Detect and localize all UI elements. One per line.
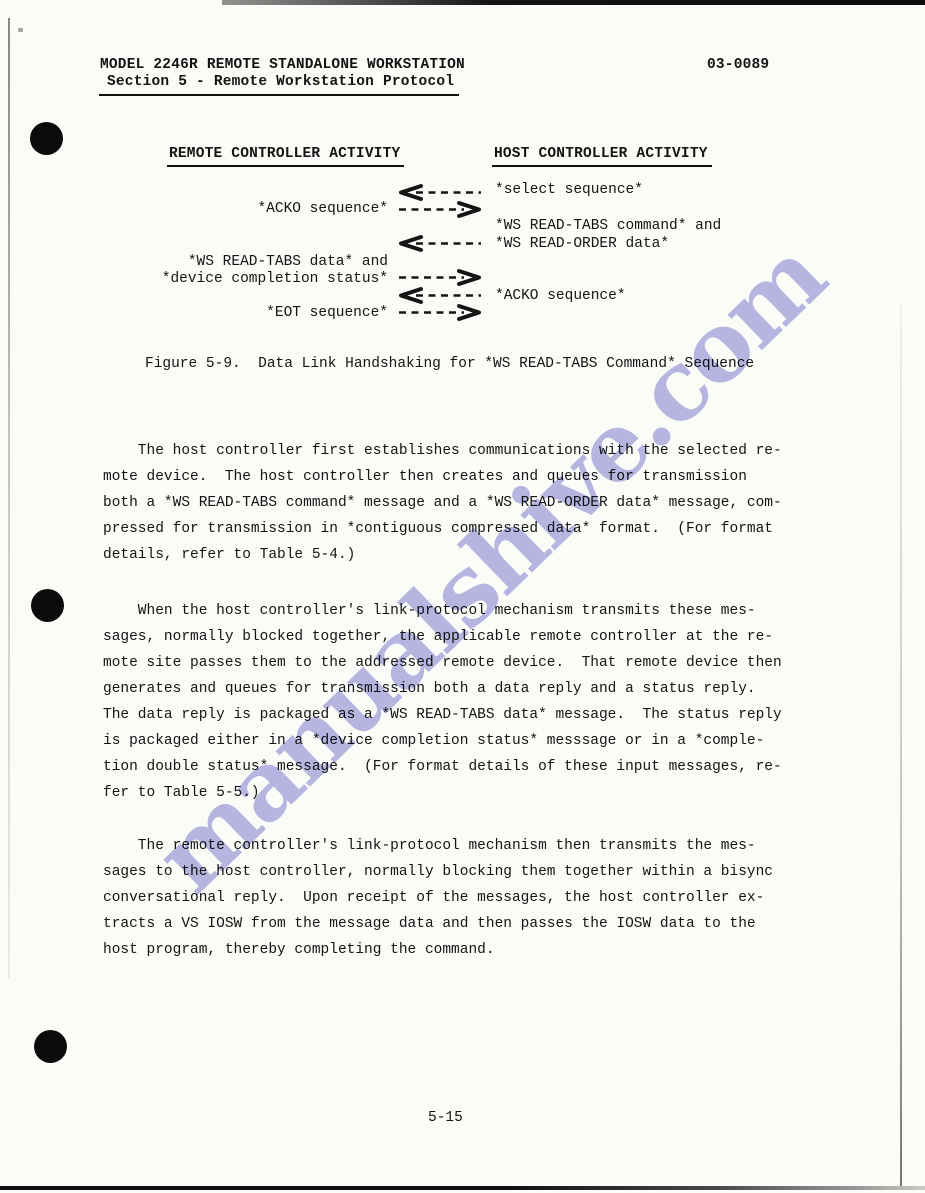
text-line: mote site passes them to the addressed r…: [103, 650, 782, 676]
arrow-left-icon: [396, 234, 484, 253]
scan-edge-bottom: [0, 1186, 925, 1190]
text-line: details, refer to Table 5-4.): [103, 542, 782, 568]
arrow-right-icon: [396, 200, 484, 219]
text-line: The remote controller's link-protocol me…: [103, 833, 773, 859]
figure-caption: Figure 5-9. Data Link Handshaking for *W…: [145, 356, 754, 372]
diagram-label-ws-read-tabs-data: *WS READ-TABS data* and: [188, 254, 388, 270]
scan-edge-top: [222, 0, 925, 5]
scan-edge-right: [900, 305, 902, 1189]
scan-edge-left: [8, 18, 10, 978]
text-line: conversational reply. Upon receipt of th…: [103, 885, 773, 911]
diagram-label-device-completion-status: *device completion status*: [162, 271, 388, 287]
diagram-right-column-header: HOST CONTROLLER ACTIVITY: [492, 146, 712, 167]
section-title-underline: [99, 94, 459, 96]
text-line: mote device. The host controller then cr…: [103, 464, 782, 490]
punch-hole-mark: [30, 122, 63, 155]
paragraph: The remote controller's link-protocol me…: [103, 833, 773, 963]
arrow-right-icon: [396, 303, 484, 322]
diagram-left-column-header: REMOTE CONTROLLER ACTIVITY: [167, 146, 404, 167]
scan-speck: [18, 28, 23, 32]
text-line: tion double status* message. (For format…: [103, 754, 782, 780]
text-line: sages, normally blocked together, the ap…: [103, 624, 782, 650]
text-line: host program, thereby completing the com…: [103, 937, 773, 963]
punch-hole-mark: [34, 1030, 67, 1063]
text-line: fer to Table 5-5.): [103, 780, 782, 806]
paragraph: When the host controller's link-protocol…: [103, 598, 782, 806]
page-number: 5-15: [428, 1110, 463, 1126]
punch-hole-mark: [31, 589, 64, 622]
document-number: 03-0089: [707, 57, 769, 73]
arrow-right-icon: [396, 268, 484, 287]
text-line: pressed for transmission in *contiguous …: [103, 516, 782, 542]
section-title: Section 5 - Remote Workstation Protocol: [107, 74, 454, 90]
text-line: generates and queues for transmission bo…: [103, 676, 782, 702]
diagram-label-eot-sequence: *EOT sequence*: [266, 305, 388, 321]
text-line: sages to the host controller, normally b…: [103, 859, 773, 885]
text-line: is packaged either in a *device completi…: [103, 728, 782, 754]
diagram-label-acko-sequence-out: *ACKO sequence*: [257, 201, 388, 217]
text-line: When the host controller's link-protocol…: [103, 598, 782, 624]
text-line: tracts a VS IOSW from the message data a…: [103, 911, 773, 937]
scanned-manual-page: MODEL 2246R REMOTE STANDALONE WORKSTATIO…: [0, 0, 925, 1193]
diagram-label-ws-read-order-data: *WS READ-ORDER data*: [495, 236, 669, 252]
text-line: The data reply is packaged as a *WS READ…: [103, 702, 782, 728]
diagram-label-acko-sequence-in: *ACKO sequence*: [495, 288, 626, 304]
diagram-label-ws-read-tabs-command: *WS READ-TABS command* and: [495, 218, 721, 234]
text-line: both a *WS READ-TABS command* message an…: [103, 490, 782, 516]
paragraph: The host controller first establishes co…: [103, 438, 782, 568]
document-title: MODEL 2246R REMOTE STANDALONE WORKSTATIO…: [100, 57, 465, 73]
diagram-label-select-sequence: *select sequence*: [495, 182, 643, 198]
text-line: The host controller first establishes co…: [103, 438, 782, 464]
